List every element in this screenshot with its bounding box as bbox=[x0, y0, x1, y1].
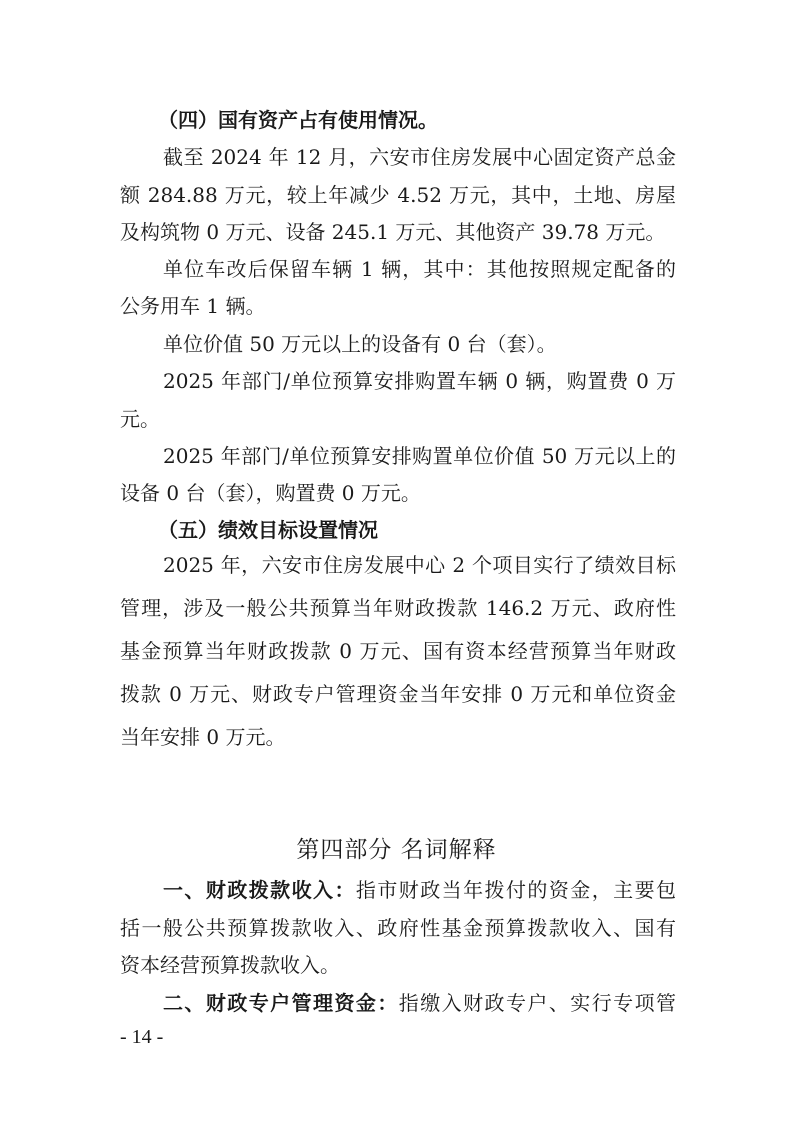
paragraph-line: 资本经营预算拨款收入。 bbox=[120, 950, 676, 980]
page-number: - 14 - bbox=[120, 1024, 163, 1050]
paragraph-line: 设备 0 台（套），购置费 0 万元。 bbox=[120, 478, 676, 508]
paragraph-line: 管理，涉及一般公共预算当年财政拨款 146.2 万元、政府性 bbox=[120, 593, 676, 623]
paragraph-line: 公务用车 1 辆。 bbox=[120, 291, 676, 321]
glossary-term-special-account-funds: 二、财政专户管理资金：指缴入财政专户、实行专项管 bbox=[163, 988, 676, 1018]
paragraph-line: 2025 年部门/单位预算安排购置车辆 0 辆，购置费 0 万 bbox=[163, 366, 676, 396]
glossary-term-fiscal-appropriation: 一、财政拨款收入：指市财政当年拨付的资金，主要包 bbox=[163, 875, 676, 905]
paragraph-line: 2025 年，六安市住房发展中心 2 个项目实行了绩效目标 bbox=[163, 550, 676, 580]
paragraph-line: 当年安排 0 万元。 bbox=[120, 722, 676, 752]
term-definition: 指缴入财政专户、实行专项管 bbox=[399, 991, 676, 1015]
section-heading-performance-goals: （五）绩效目标设置情况 bbox=[158, 515, 378, 545]
paragraph-line: 单位车改后保留车辆 1 辆，其中：其他按照规定配备的 bbox=[163, 254, 676, 284]
term-label: 二、财政专户管理资金： bbox=[163, 991, 399, 1015]
paragraph-line: 基金预算当年财政拨款 0 万元、国有资本经营预算当年财政 bbox=[120, 636, 676, 666]
term-label: 一、财政拨款收入： bbox=[163, 878, 356, 902]
paragraph-line: 2025 年部门/单位预算安排购置单位价值 50 万元以上的 bbox=[163, 441, 676, 471]
paragraph-line: 及构筑物 0 万元、设备 245.1 万元、其他资产 39.78 万元。 bbox=[120, 217, 676, 247]
document-page: （四）国有资产占有使用情况。 截至 2024 年 12 月，六安市住房发展中心固… bbox=[0, 0, 793, 1122]
term-definition: 指市财政当年拨付的资金，主要包 bbox=[356, 878, 676, 902]
paragraph-line: 截至 2024 年 12 月，六安市住房发展中心固定资产总金 bbox=[163, 142, 676, 172]
paragraph-line: 拨款 0 万元、财政专户管理资金当年安排 0 万元和单位资金 bbox=[120, 679, 676, 709]
paragraph-line: 单位价值 50 万元以上的设备有 0 台（套）。 bbox=[163, 329, 676, 359]
paragraph-line: 元。 bbox=[120, 404, 676, 434]
paragraph-line: 额 284.88 万元，较上年减少 4.52 万元，其中，土地、房屋 bbox=[120, 180, 676, 210]
part-title-glossary: 第四部分 名词解释 bbox=[0, 833, 793, 867]
paragraph-line: 括一般公共预算拨款收入、政府性基金预算拨款收入、国有 bbox=[120, 913, 676, 943]
section-heading-state-assets: （四）国有资产占有使用情况。 bbox=[158, 105, 438, 135]
